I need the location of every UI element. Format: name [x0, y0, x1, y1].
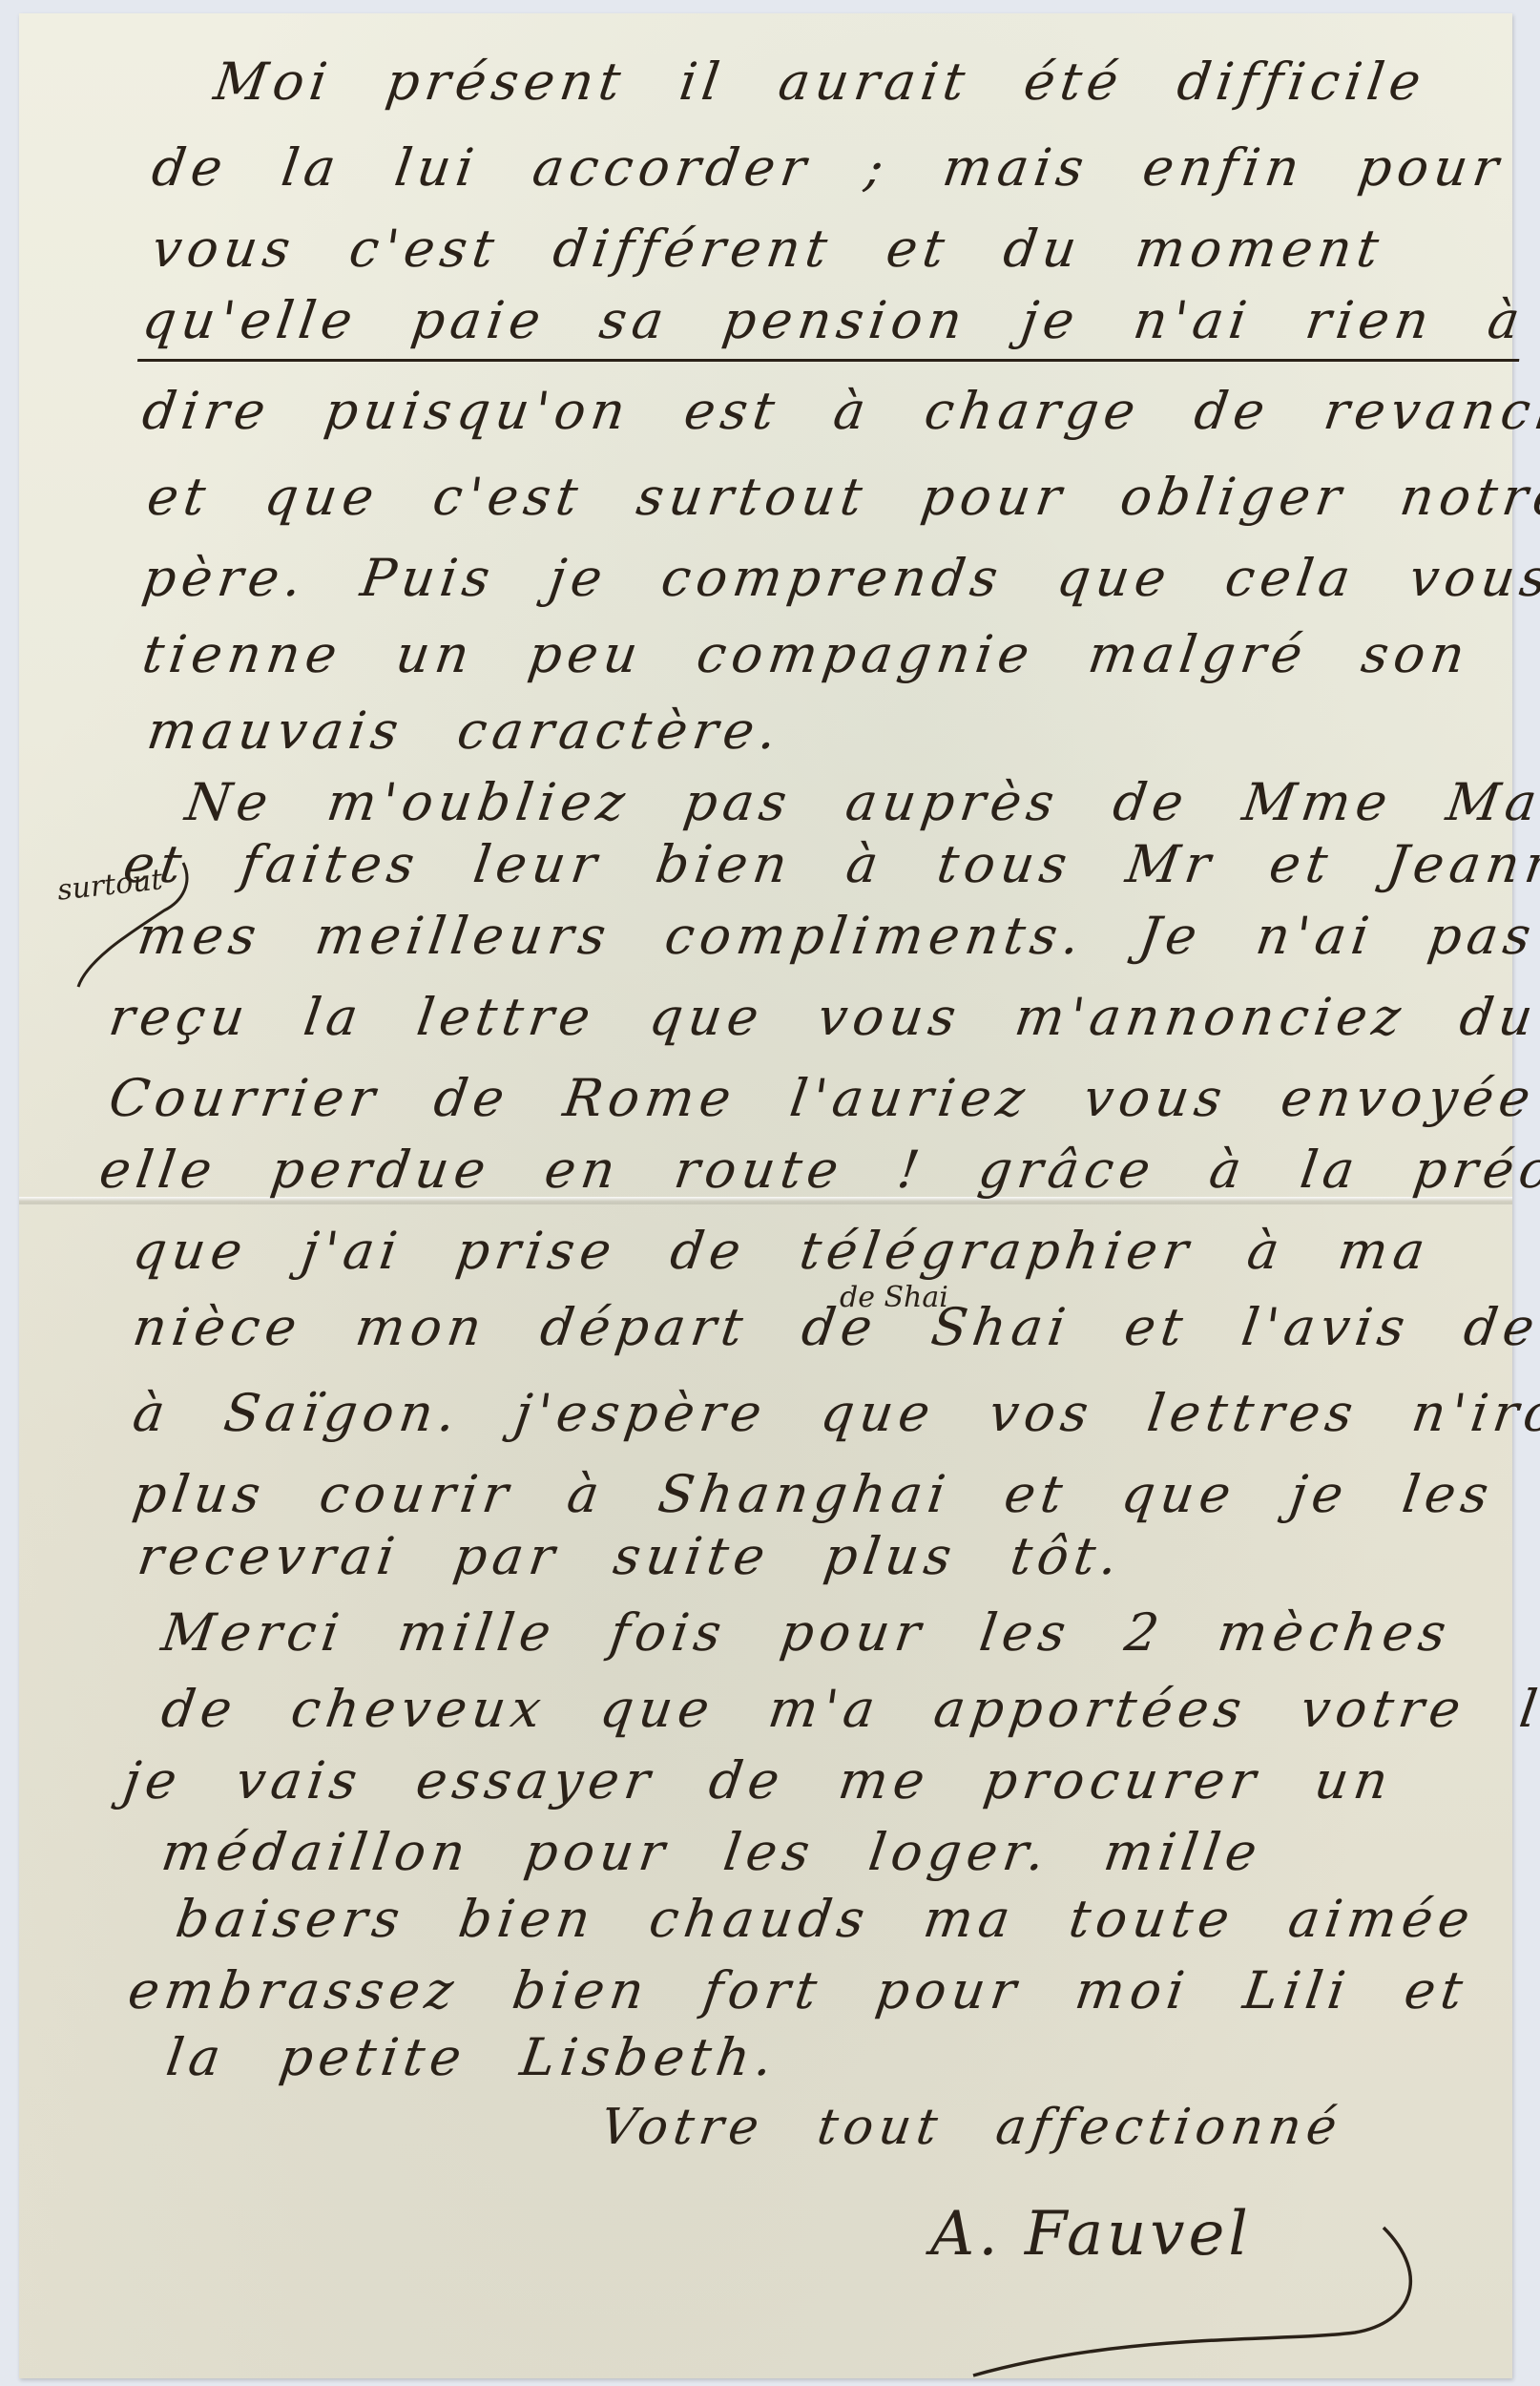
- letter-line: mauvais caractère.: [144, 701, 786, 761]
- letter-line: vous c'est différent et du moment: [149, 219, 1388, 279]
- letter-line: Moi présent il aurait été difficile: [211, 52, 1430, 112]
- letter-line: nièce mon départ de Shai et l'avis de mi…: [130, 1297, 1540, 1357]
- letter-line: Courrier de Rome l'auriez vous envoyée o…: [106, 1068, 1540, 1128]
- letter-line: mes meilleurs compliments. Je n'ai pas: [135, 906, 1540, 966]
- letter-line: reçu la lettre que vous m'annonciez du: [106, 987, 1540, 1047]
- letter-line: de cheveux que m'a apportées votre lettr…: [158, 1679, 1540, 1739]
- letter-line: Merci mille fois pour les 2 mèches: [158, 1602, 1456, 1663]
- letter-line: plus courir à Shanghai et que je les: [130, 1464, 1498, 1524]
- letter-line: je vais essayer de me procurer un: [120, 1750, 1398, 1810]
- letter-page: Moi présent il aurait été difficile de l…: [19, 13, 1512, 2378]
- letter-line: embrassez bien fort pour moi Lili et: [125, 1960, 1472, 2020]
- letter-line: père. Puis je comprends que cela vous: [139, 548, 1540, 608]
- letter-line: baisers bien chauds ma toute aimée: [173, 1889, 1479, 1949]
- letter-line: Ne m'oubliez pas auprès de Mme Maldan: [182, 772, 1540, 832]
- insert-note: de Shai: [840, 1281, 948, 1314]
- letter-line: et que c'est surtout pour obliger notre: [144, 467, 1540, 527]
- closing-line: Votre tout affectionné: [597, 2099, 1346, 2156]
- underlined-line: qu'elle paie sa pension je n'ai rien à: [139, 290, 1530, 350]
- letter-line: médaillon pour les loger. mille: [158, 1822, 1266, 1882]
- letter-line: la petite Lisbeth.: [163, 2027, 782, 2087]
- letter-line: à Saïgon. j'espère que vos lettres n'iro…: [130, 1383, 1540, 1443]
- letter-line: que j'ai prise de télégraphier à ma: [130, 1221, 1434, 1281]
- letter-line: et faites leur bien à tous Mr et Jeanne: [120, 834, 1540, 894]
- letter-line: dire puisqu'on est à charge de revanche: [139, 381, 1540, 441]
- letter-line: de la lui accorder ; mais enfin pour: [149, 137, 1509, 198]
- letter-line: elle perdue en route ! grâce à la précau…: [96, 1140, 1540, 1200]
- margin-bracket-icon: [69, 853, 212, 996]
- letter-line: tienne un peu compagnie malgré son: [139, 624, 1474, 684]
- signature-flourish-icon: [935, 2218, 1469, 2380]
- letter-line: recevrai par suite plus tôt.: [135, 1526, 1128, 1586]
